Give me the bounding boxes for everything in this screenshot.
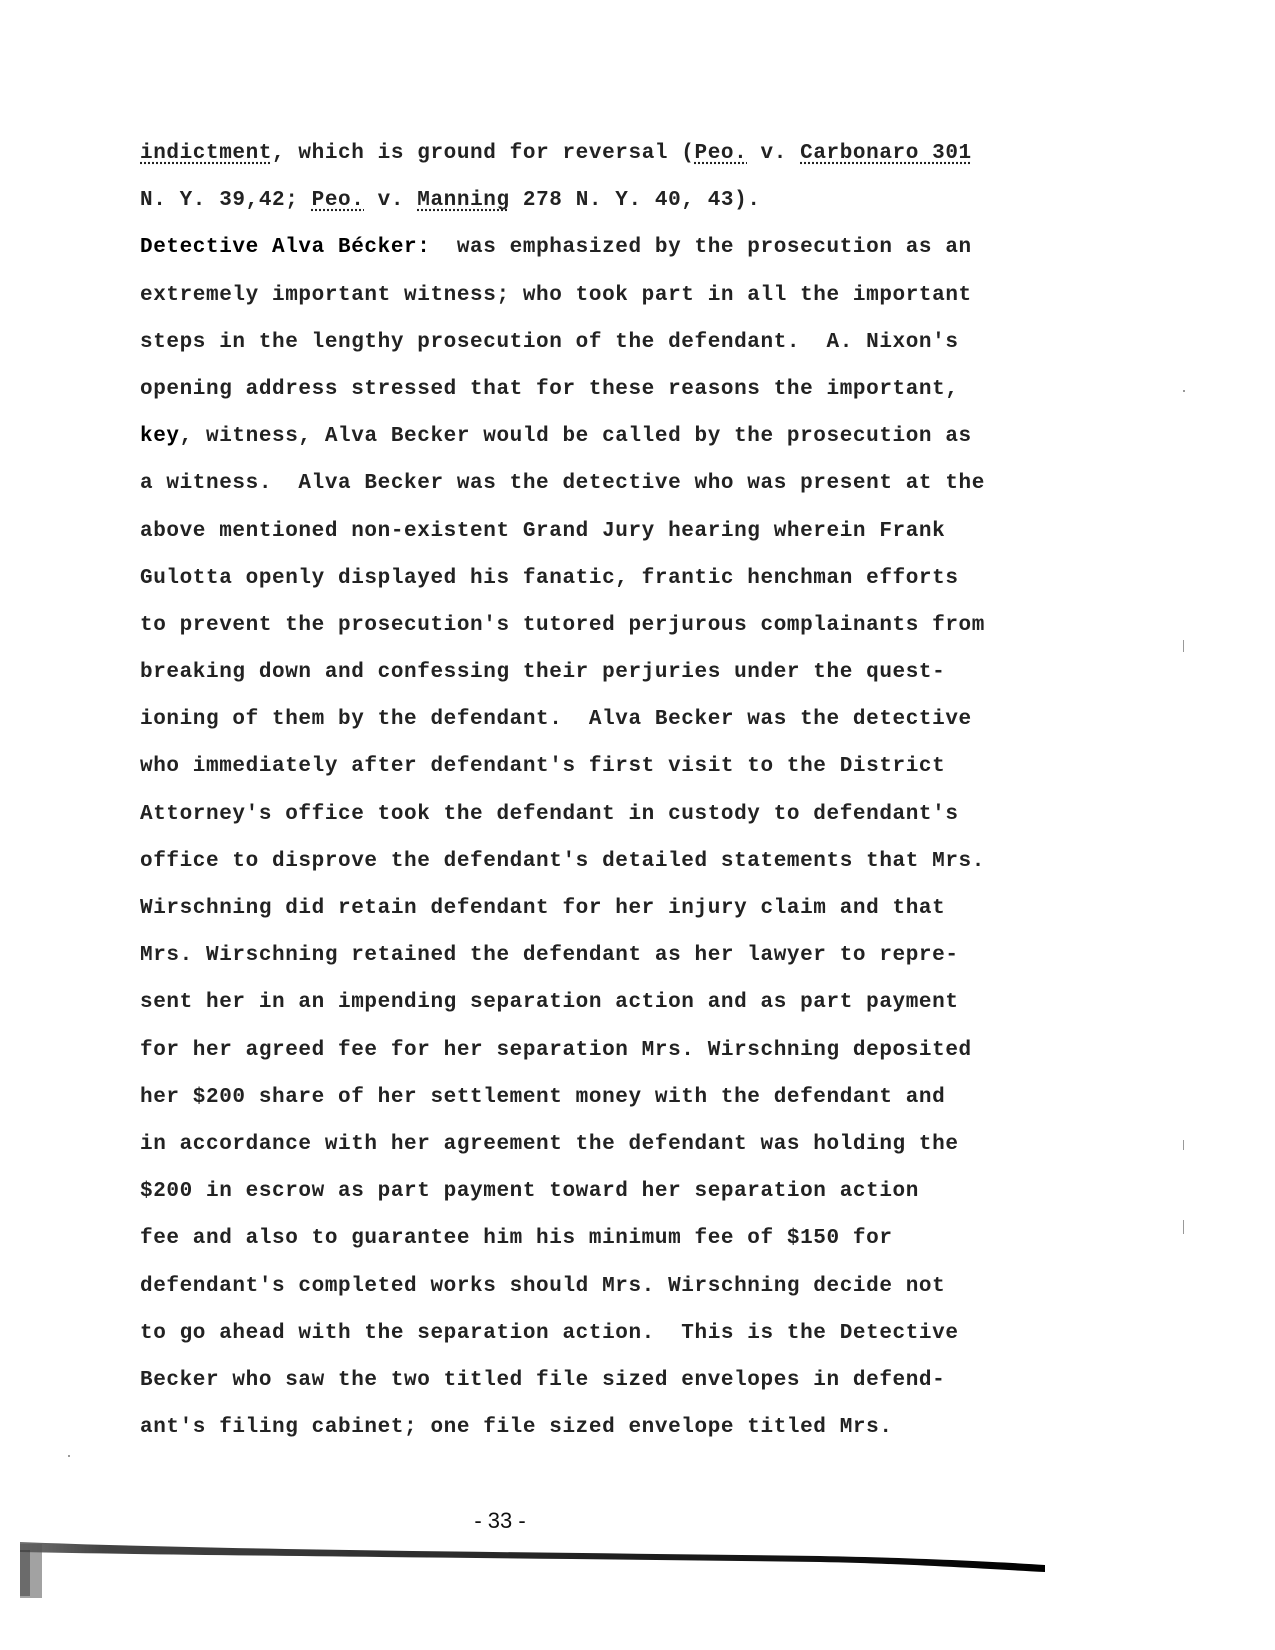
scan-speck xyxy=(68,1455,70,1457)
text-run: N. Y. 39,42; xyxy=(140,189,312,212)
text-run: Attorney's office took the defendant in … xyxy=(140,803,959,826)
text-run: above mentioned non-existent Grand Jury … xyxy=(140,520,945,543)
text-line: opening address stressed that for these … xyxy=(140,366,1040,413)
text-run: , witness, Alva Becker would be called b… xyxy=(180,425,972,448)
bold-text: Detective Alva Bécker: xyxy=(140,236,430,259)
text-run: her $200 share of her settlement money w… xyxy=(140,1086,945,1109)
text-line: who immediately after defendant's first … xyxy=(140,743,1040,790)
underlined-citation: indictment xyxy=(140,142,272,165)
text-line: indictment, which is ground for reversal… xyxy=(140,130,1040,177)
text-run: to go ahead with the separation action. … xyxy=(140,1322,959,1345)
text-run: steps in the lengthy prosecution of the … xyxy=(140,331,959,354)
text-run: to prevent the prosecution's tutored per… xyxy=(140,614,985,637)
text-run: $200 in escrow as part payment toward he… xyxy=(140,1180,919,1203)
document-body: indictment, which is ground for reversal… xyxy=(140,130,1040,1451)
text-run: in accordance with her agreement the def… xyxy=(140,1133,959,1156)
underlined-citation: Carbonaro 301 xyxy=(800,142,972,165)
text-run: breaking down and confessing their perju… xyxy=(140,661,945,684)
text-line: Becker who saw the two titled file sized… xyxy=(140,1357,1040,1404)
scan-speck xyxy=(1183,1140,1184,1150)
text-run: a witness. Alva Becker was the detective… xyxy=(140,472,985,495)
text-run: Wirschning did retain defendant for her … xyxy=(140,897,945,920)
underlined-citation: Peo. xyxy=(312,189,365,212)
text-run: defendant's completed works should Mrs. … xyxy=(140,1275,945,1298)
text-run: ant's filing cabinet; one file sized env… xyxy=(140,1416,893,1439)
scan-speck xyxy=(1183,390,1185,392)
underlined-citation: Peo. xyxy=(695,142,748,165)
text-line: Mrs. Wirschning retained the defendant a… xyxy=(140,932,1040,979)
text-run: ioning of them by the defendant. Alva Be… xyxy=(140,708,972,731)
text-line: her $200 share of her settlement money w… xyxy=(140,1074,1040,1121)
text-run: v. xyxy=(747,142,800,165)
text-run: v. xyxy=(364,189,417,212)
text-line: above mentioned non-existent Grand Jury … xyxy=(140,508,1040,555)
scan-edge-artifact xyxy=(20,1540,1045,1600)
text-line: in accordance with her agreement the def… xyxy=(140,1121,1040,1168)
text-line: extremely important witness; who took pa… xyxy=(140,272,1040,319)
text-run: was emphasized by the prosecution as an xyxy=(430,236,971,259)
bold-text: key xyxy=(140,425,180,448)
text-run: extremely important witness; who took pa… xyxy=(140,284,972,307)
text-line: to prevent the prosecution's tutored per… xyxy=(140,602,1040,649)
text-line: Wirschning did retain defendant for her … xyxy=(140,885,1040,932)
text-run: 278 N. Y. 40, 43). xyxy=(510,189,761,212)
text-line: office to disprove the defendant's detai… xyxy=(140,838,1040,885)
text-line: fee and also to guarantee him his minimu… xyxy=(140,1215,1040,1262)
text-run: opening address stressed that for these … xyxy=(140,378,959,401)
text-line: $200 in escrow as part payment toward he… xyxy=(140,1168,1040,1215)
text-line: key, witness, Alva Becker would be calle… xyxy=(140,413,1040,460)
text-run: Becker who saw the two titled file sized… xyxy=(140,1369,945,1392)
underlined-citation: Manning xyxy=(417,189,509,212)
text-line: to go ahead with the separation action. … xyxy=(140,1310,1040,1357)
text-line: ant's filing cabinet; one file sized env… xyxy=(140,1404,1040,1451)
text-line: ioning of them by the defendant. Alva Be… xyxy=(140,696,1040,743)
text-line: for her agreed fee for her separation Mr… xyxy=(140,1027,1040,1074)
document-page: indictment, which is ground for reversal… xyxy=(0,0,1275,1650)
text-line: sent her in an impending separation acti… xyxy=(140,979,1040,1026)
text-run: sent her in an impending separation acti… xyxy=(140,991,959,1014)
text-run: Gulotta openly displayed his fanatic, fr… xyxy=(140,567,959,590)
text-run: Mrs. Wirschning retained the defendant a… xyxy=(140,944,959,967)
scan-speck xyxy=(1183,640,1184,652)
text-run: fee and also to guarantee him his minimu… xyxy=(140,1227,893,1250)
scan-speck xyxy=(1183,1220,1184,1234)
text-line: Detective Alva Bécker: was emphasized by… xyxy=(140,224,1040,271)
text-run: who immediately after defendant's first … xyxy=(140,755,945,778)
text-line: Attorney's office took the defendant in … xyxy=(140,791,1040,838)
text-line: steps in the lengthy prosecution of the … xyxy=(140,319,1040,366)
text-line: defendant's completed works should Mrs. … xyxy=(140,1263,1040,1310)
text-line: N. Y. 39,42; Peo. v. Manning 278 N. Y. 4… xyxy=(140,177,1040,224)
text-run: , which is ground for reversal ( xyxy=(272,142,694,165)
text-run: office to disprove the defendant's detai… xyxy=(140,850,985,873)
text-line: breaking down and confessing their perju… xyxy=(140,649,1040,696)
text-run: for her agreed fee for her separation Mr… xyxy=(140,1039,972,1062)
text-line: a witness. Alva Becker was the detective… xyxy=(140,460,1040,507)
page-number: - 33 - xyxy=(0,1508,1000,1534)
text-line: Gulotta openly displayed his fanatic, fr… xyxy=(140,555,1040,602)
